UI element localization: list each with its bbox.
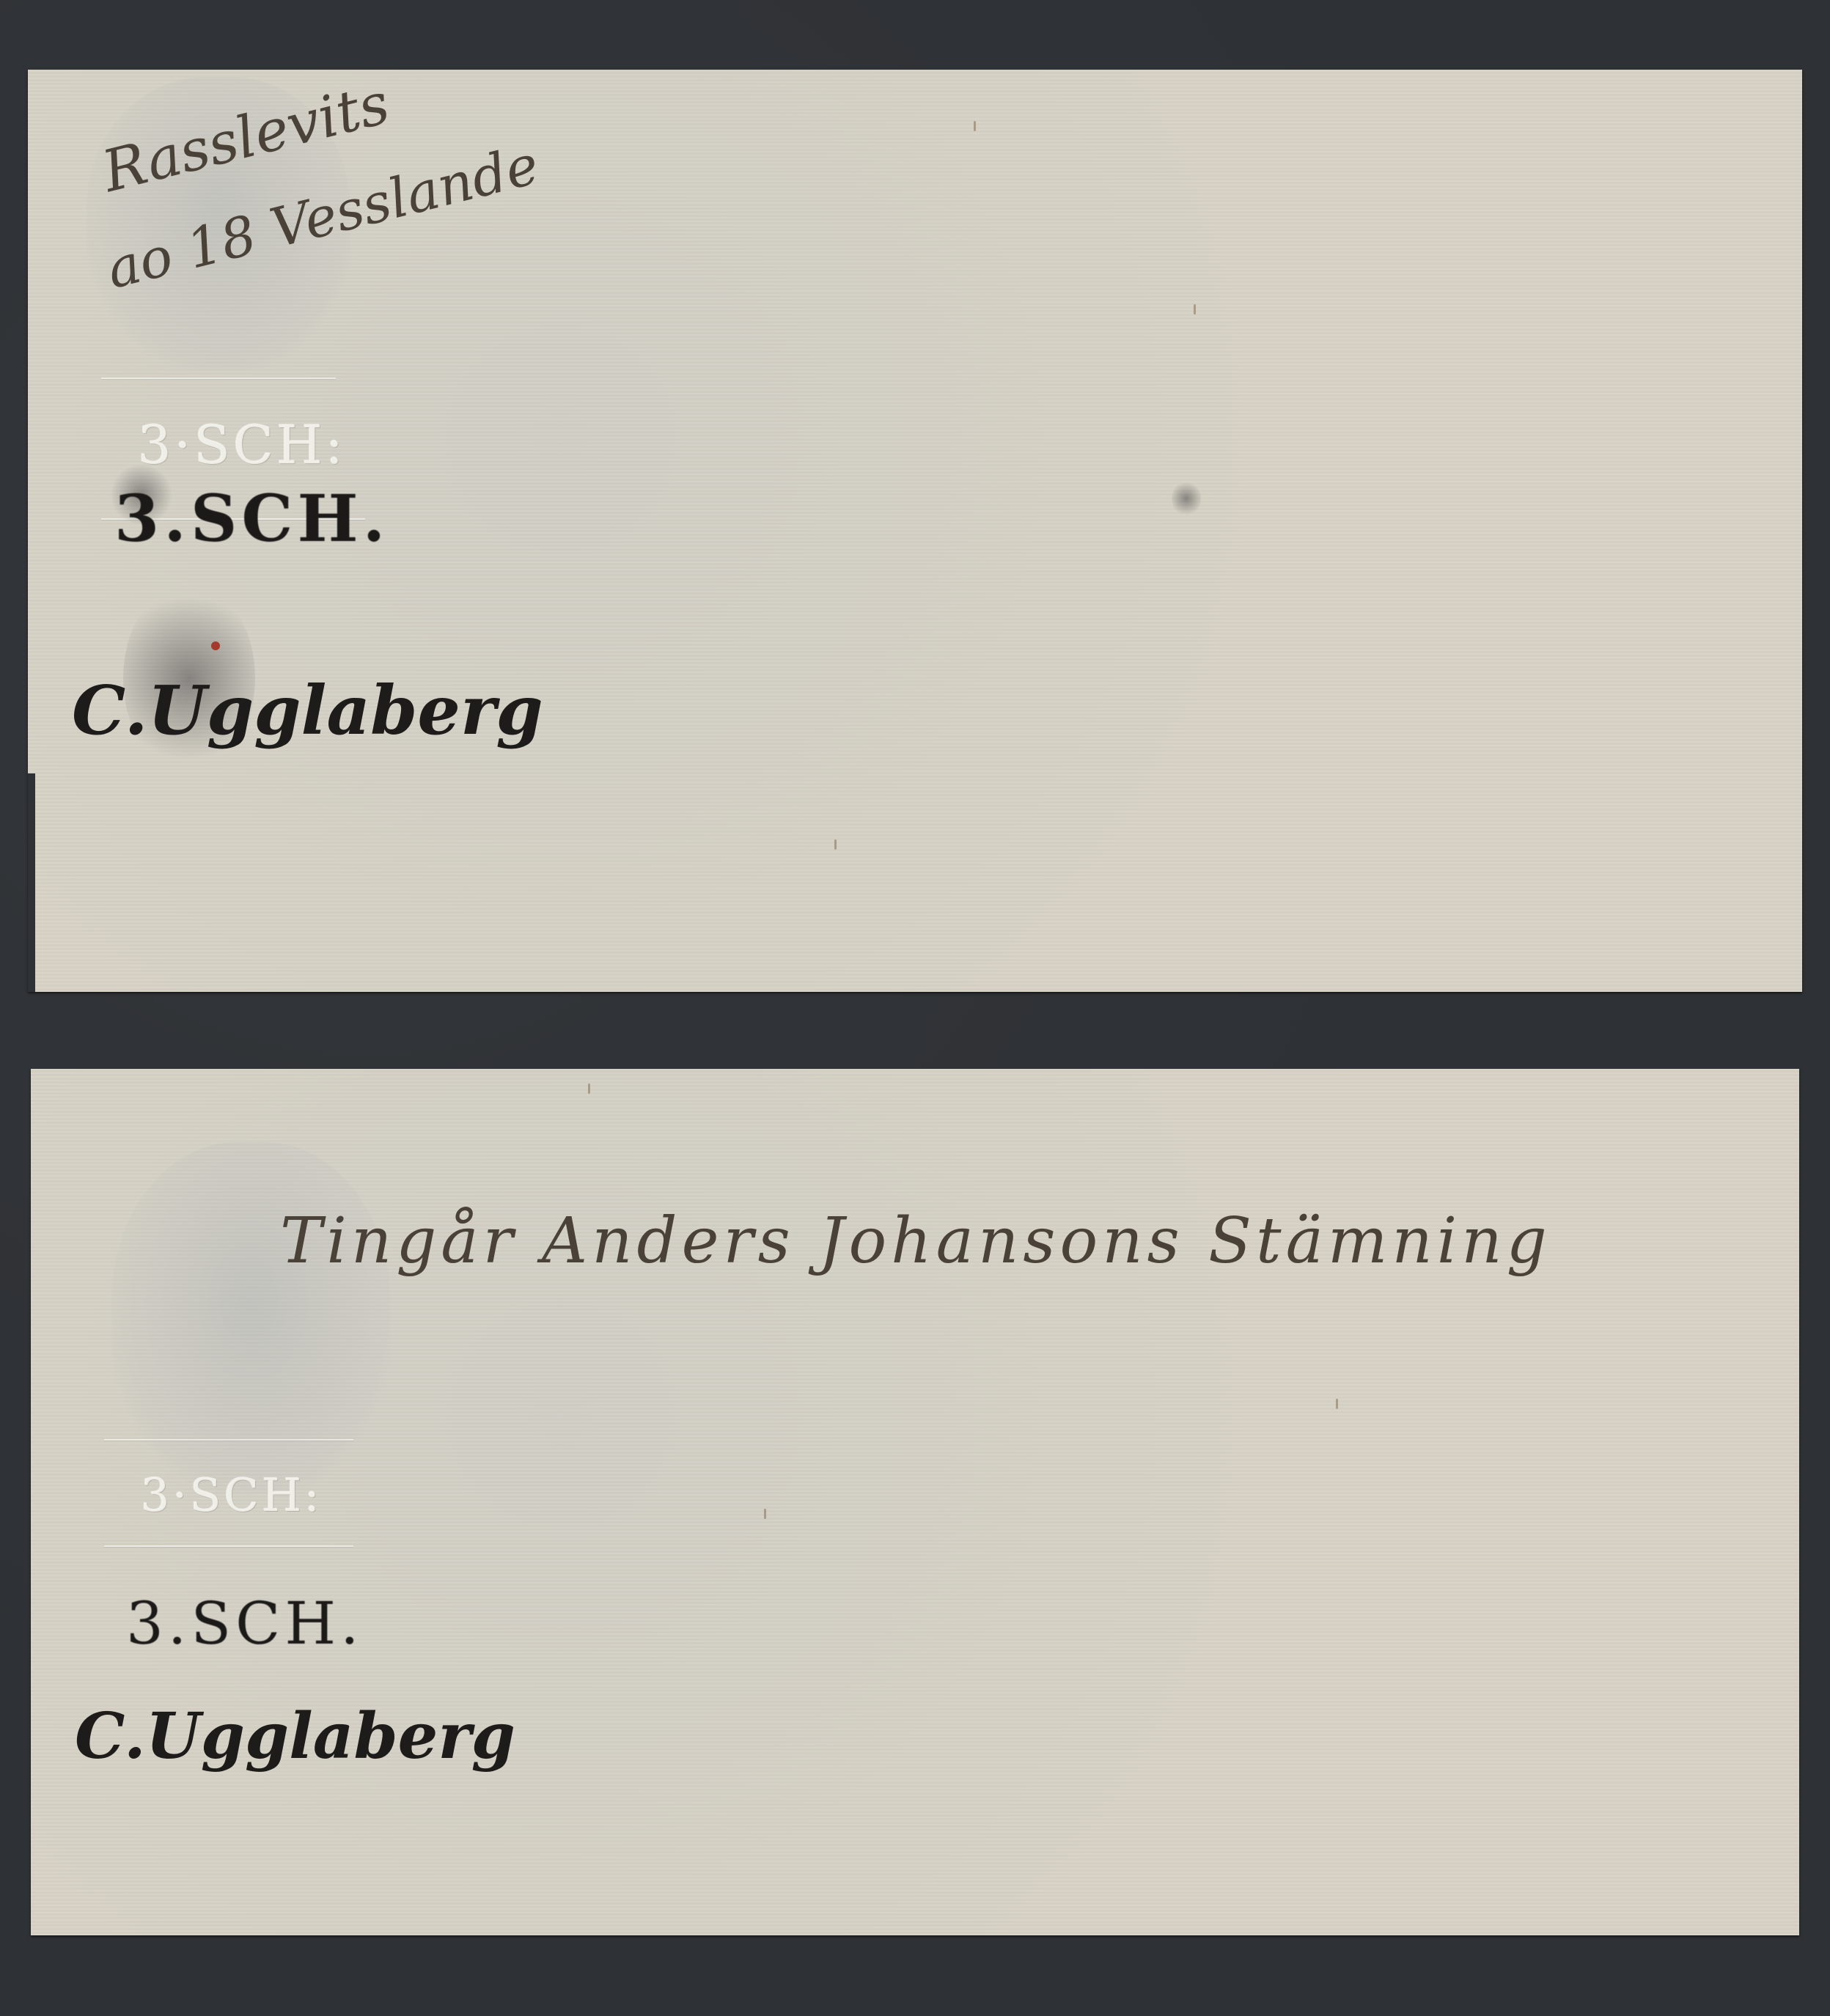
paper-fiber [1336,1399,1338,1409]
upper-document-sheet: Rasslevits ao 18 Vesslande 3·SCH: 3.SCH.… [28,70,1802,992]
embossed-value: 3·SCH: [141,1468,323,1522]
printed-signature-stamp: C.Ugglaberg [72,671,543,750]
embossed-value: 3·SCH: [138,414,346,476]
embossed-rule [104,1545,353,1547]
torn-edge [28,773,35,992]
paper-fiber [764,1509,766,1519]
red-seal-dot [211,641,220,650]
embossed-crest-icon [111,1142,390,1494]
paper-fiber [834,839,837,850]
printed-value-stamp: 3.SCH. [126,1589,364,1658]
embossed-rule [101,378,336,379]
ink-spot [1172,480,1201,517]
printed-value-stamp: 3.SCH. [114,480,389,556]
lower-document-sheet: 3·SCH: Tingår Anders Johansons Stämning … [31,1069,1799,1935]
paper-fiber [1194,304,1196,314]
printed-signature-stamp: C.Ugglaberg [75,1699,515,1773]
paper-fiber [588,1084,590,1094]
paper-fiber [974,121,976,131]
embossed-rule [104,1439,353,1441]
handwritten-document-title: Tingår Anders Johansons Stämning [280,1204,1551,1278]
